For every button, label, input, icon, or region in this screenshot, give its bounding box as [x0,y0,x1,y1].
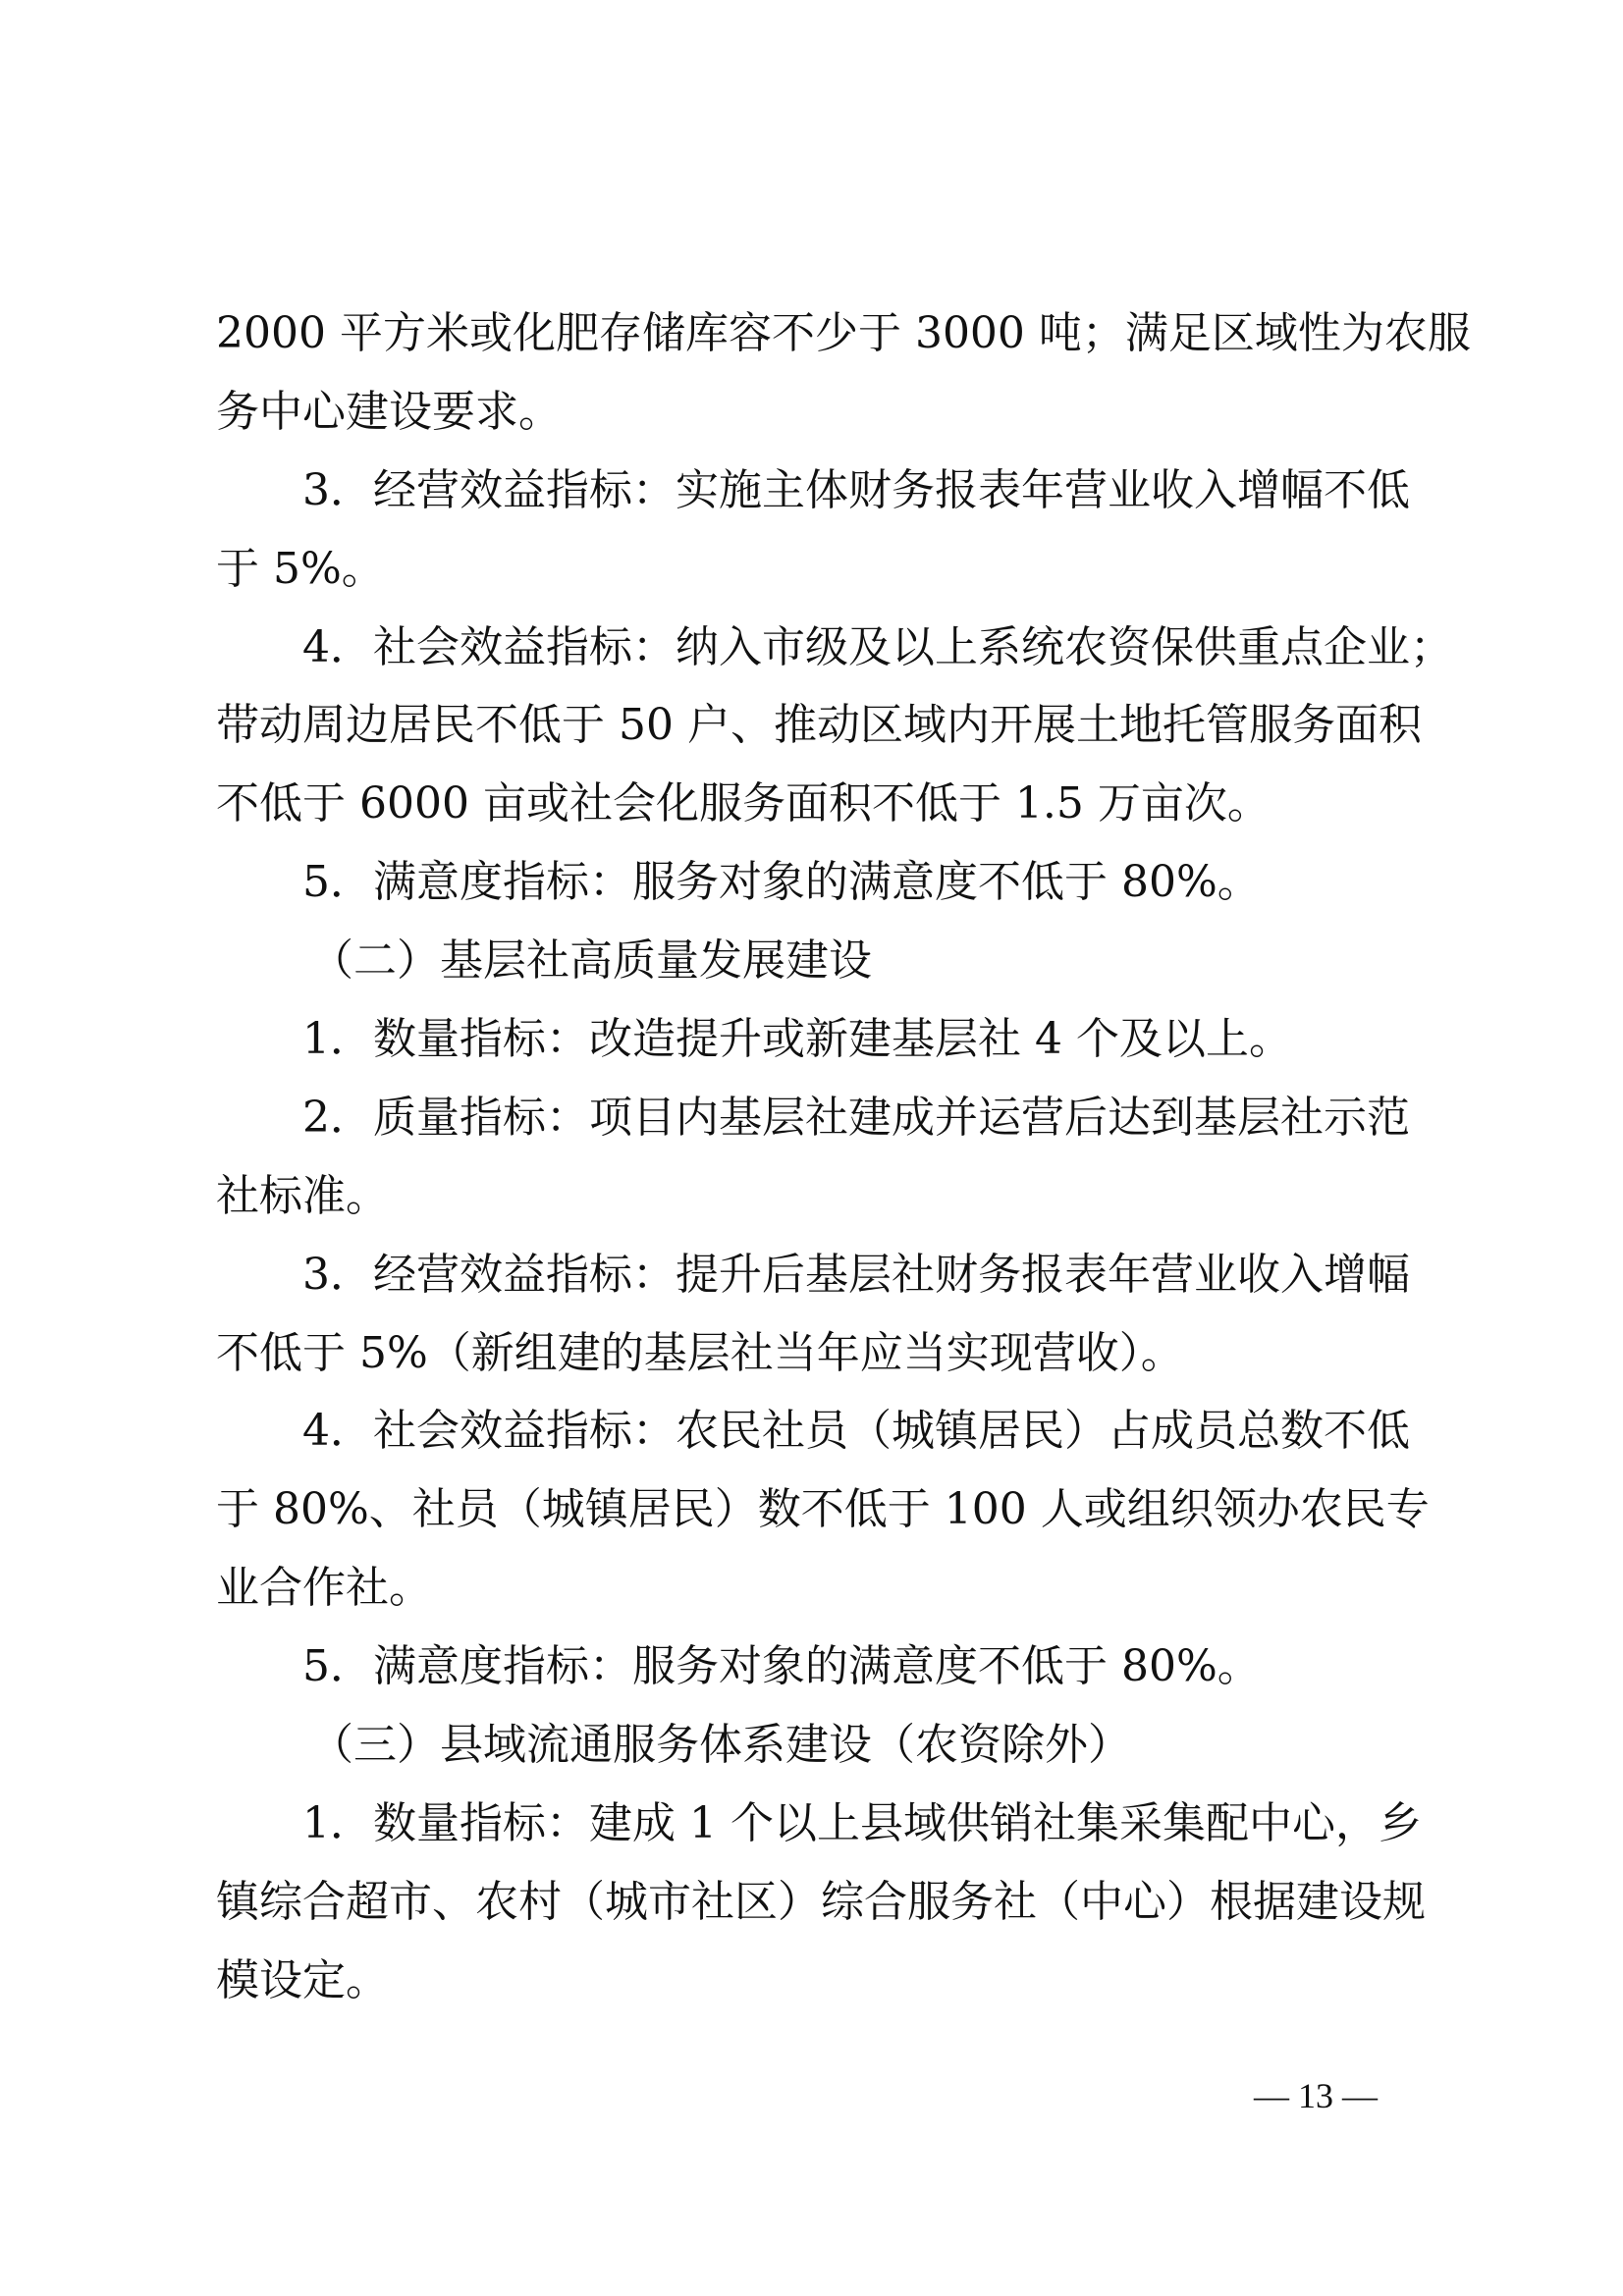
list-item-line: 5．满意度指标：服务对象的满意度不低于 80%。 [216,843,1424,922]
text-line: 务中心建设要求。 [216,373,1424,452]
list-item-line: 4．社会效益指标：农民社员（城镇居民）占成员总数不低 [216,1392,1424,1470]
list-item-line: 5．满意度指标：服务对象的满意度不低于 80%。 [216,1628,1424,1706]
text-line: 不低于 6000 亩或社会化服务面积不低于 1.5 万亩次。 [216,765,1424,843]
list-item-line: 3．经营效益指标：提升后基层社财务报表年营业收入增幅 [216,1236,1424,1314]
list-item-line: 2．质量指标：项目内基层社建成并运营后达到基层社示范 [216,1079,1424,1157]
body-text: 2000 平方米或化肥存储库容不少于 3000 吨；满足区域性为农服 务中心建设… [216,294,1424,2020]
text-line: 2000 平方米或化肥存储库容不少于 3000 吨；满足区域性为农服 [216,294,1424,373]
section-heading: （三）县域流通服务体系建设（农资除外） [216,1706,1424,1785]
text-line: 不低于 5%（新组建的基层社当年应当实现营收）。 [216,1314,1424,1393]
text-line: 于 80%、社员（城镇居民）数不低于 100 人或组织领办农民专 [216,1470,1424,1549]
text-line: 模设定。 [216,1942,1424,2020]
section-heading: （二）基层社高质量发展建设 [216,922,1424,1000]
text-line: 社标准。 [216,1157,1424,1236]
list-item-line: 1．数量指标：改造提升或新建基层社 4 个及以上。 [216,1000,1424,1079]
page-number: — 13 — [1227,2073,1404,2118]
document-page: 2000 平方米或化肥存储库容不少于 3000 吨；满足区域性为农服 务中心建设… [0,0,1623,2296]
text-line: 业合作社。 [216,1549,1424,1628]
list-item-line: 3．经营效益指标：实施主体财务报表年营业收入增幅不低 [216,452,1424,530]
list-item-line: 1．数量指标：建成 1 个以上县域供销社集采集配中心，乡 [216,1785,1424,1863]
text-line: 带动周边居民不低于 50 户、推动区域内开展土地托管服务面积 [216,686,1424,765]
text-line: 于 5%。 [216,530,1424,609]
list-item-line: 4．社会效益指标：纳入市级及以上系统农资保供重点企业； [216,609,1424,687]
text-line: 镇综合超市、农村（城市社区）综合服务社（中心）根据建设规 [216,1863,1424,1942]
